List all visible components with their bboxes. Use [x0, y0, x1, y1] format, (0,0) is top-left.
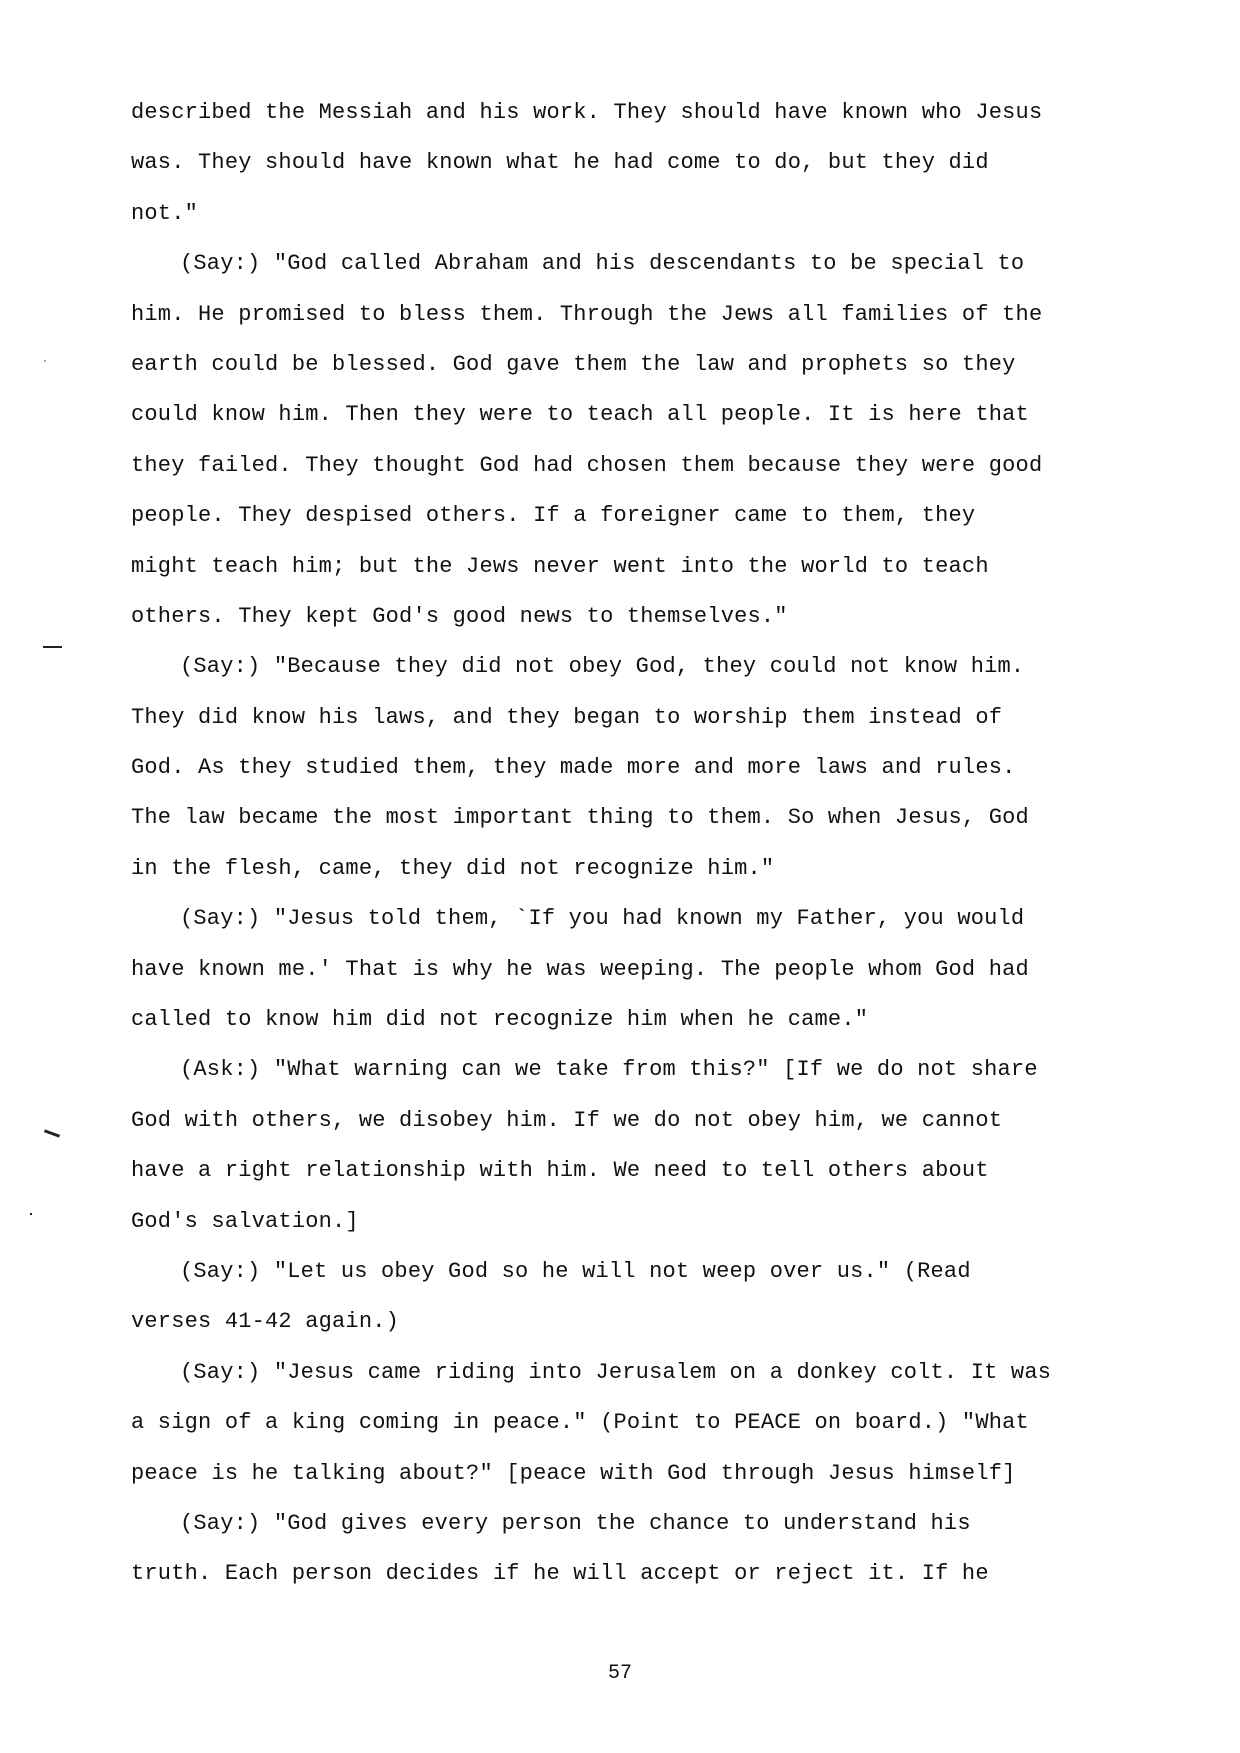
text-line: in the flesh, came, they did not recogni… — [131, 844, 1141, 894]
text-line: people. They despised others. If a forei… — [131, 491, 1141, 541]
text-line: have a right relationship with him. We n… — [131, 1146, 1141, 1196]
text-line: they failed. They thought God had chosen… — [131, 441, 1141, 491]
scan-mark — [44, 1129, 60, 1137]
document-body: described the Messiah and his work. They… — [131, 88, 1141, 1600]
text-line: They did know his laws, and they began t… — [131, 693, 1141, 743]
paragraph-first-line: (Say:) "Let us obey God so he will not w… — [131, 1247, 1141, 1297]
text-line: not." — [131, 189, 1141, 239]
text-line: a sign of a king coming in peace." (Poin… — [131, 1398, 1141, 1448]
text-line: verses 41-42 again.) — [131, 1297, 1141, 1347]
paragraph-first-line: (Say:) "God gives every person the chanc… — [131, 1499, 1141, 1549]
paragraph-first-line: (Say:) "Because they did not obey God, t… — [131, 642, 1141, 692]
text-line: God. As they studied them, they made mor… — [131, 743, 1141, 793]
paragraph-first-line: (Say:) "God called Abraham and his desce… — [131, 239, 1141, 289]
scan-mark — [43, 646, 62, 648]
text-line: The law became the most important thing … — [131, 793, 1141, 843]
text-line: truth. Each person decides if he will ac… — [131, 1549, 1141, 1599]
paragraph-first-line: (Say:) "Jesus came riding into Jerusalem… — [131, 1348, 1141, 1398]
document-page: described the Messiah and his work. They… — [0, 0, 1240, 1753]
text-line: called to know him did not recognize him… — [131, 995, 1141, 1045]
text-line: described the Messiah and his work. They… — [131, 88, 1141, 138]
text-line: earth could be blessed. God gave them th… — [131, 340, 1141, 390]
scan-mark — [30, 1213, 32, 1215]
paragraph-first-line: (Say:) "Jesus told them, `If you had kno… — [131, 894, 1141, 944]
text-line: could know him. Then they were to teach … — [131, 390, 1141, 440]
text-line: God with others, we disobey him. If we d… — [131, 1096, 1141, 1146]
text-line: him. He promised to bless them. Through … — [131, 290, 1141, 340]
scan-mark — [44, 360, 46, 362]
text-line: was. They should have known what he had … — [131, 138, 1141, 188]
text-line: God's salvation.] — [131, 1197, 1141, 1247]
text-line: might teach him; but the Jews never went… — [131, 542, 1141, 592]
text-line: others. They kept God's good news to the… — [131, 592, 1141, 642]
page-number: 57 — [0, 1662, 1240, 1685]
text-line: peace is he talking about?" [peace with … — [131, 1449, 1141, 1499]
text-line: have known me.' That is why he was weepi… — [131, 945, 1141, 995]
paragraph-first-line: (Ask:) "What warning can we take from th… — [131, 1045, 1141, 1095]
